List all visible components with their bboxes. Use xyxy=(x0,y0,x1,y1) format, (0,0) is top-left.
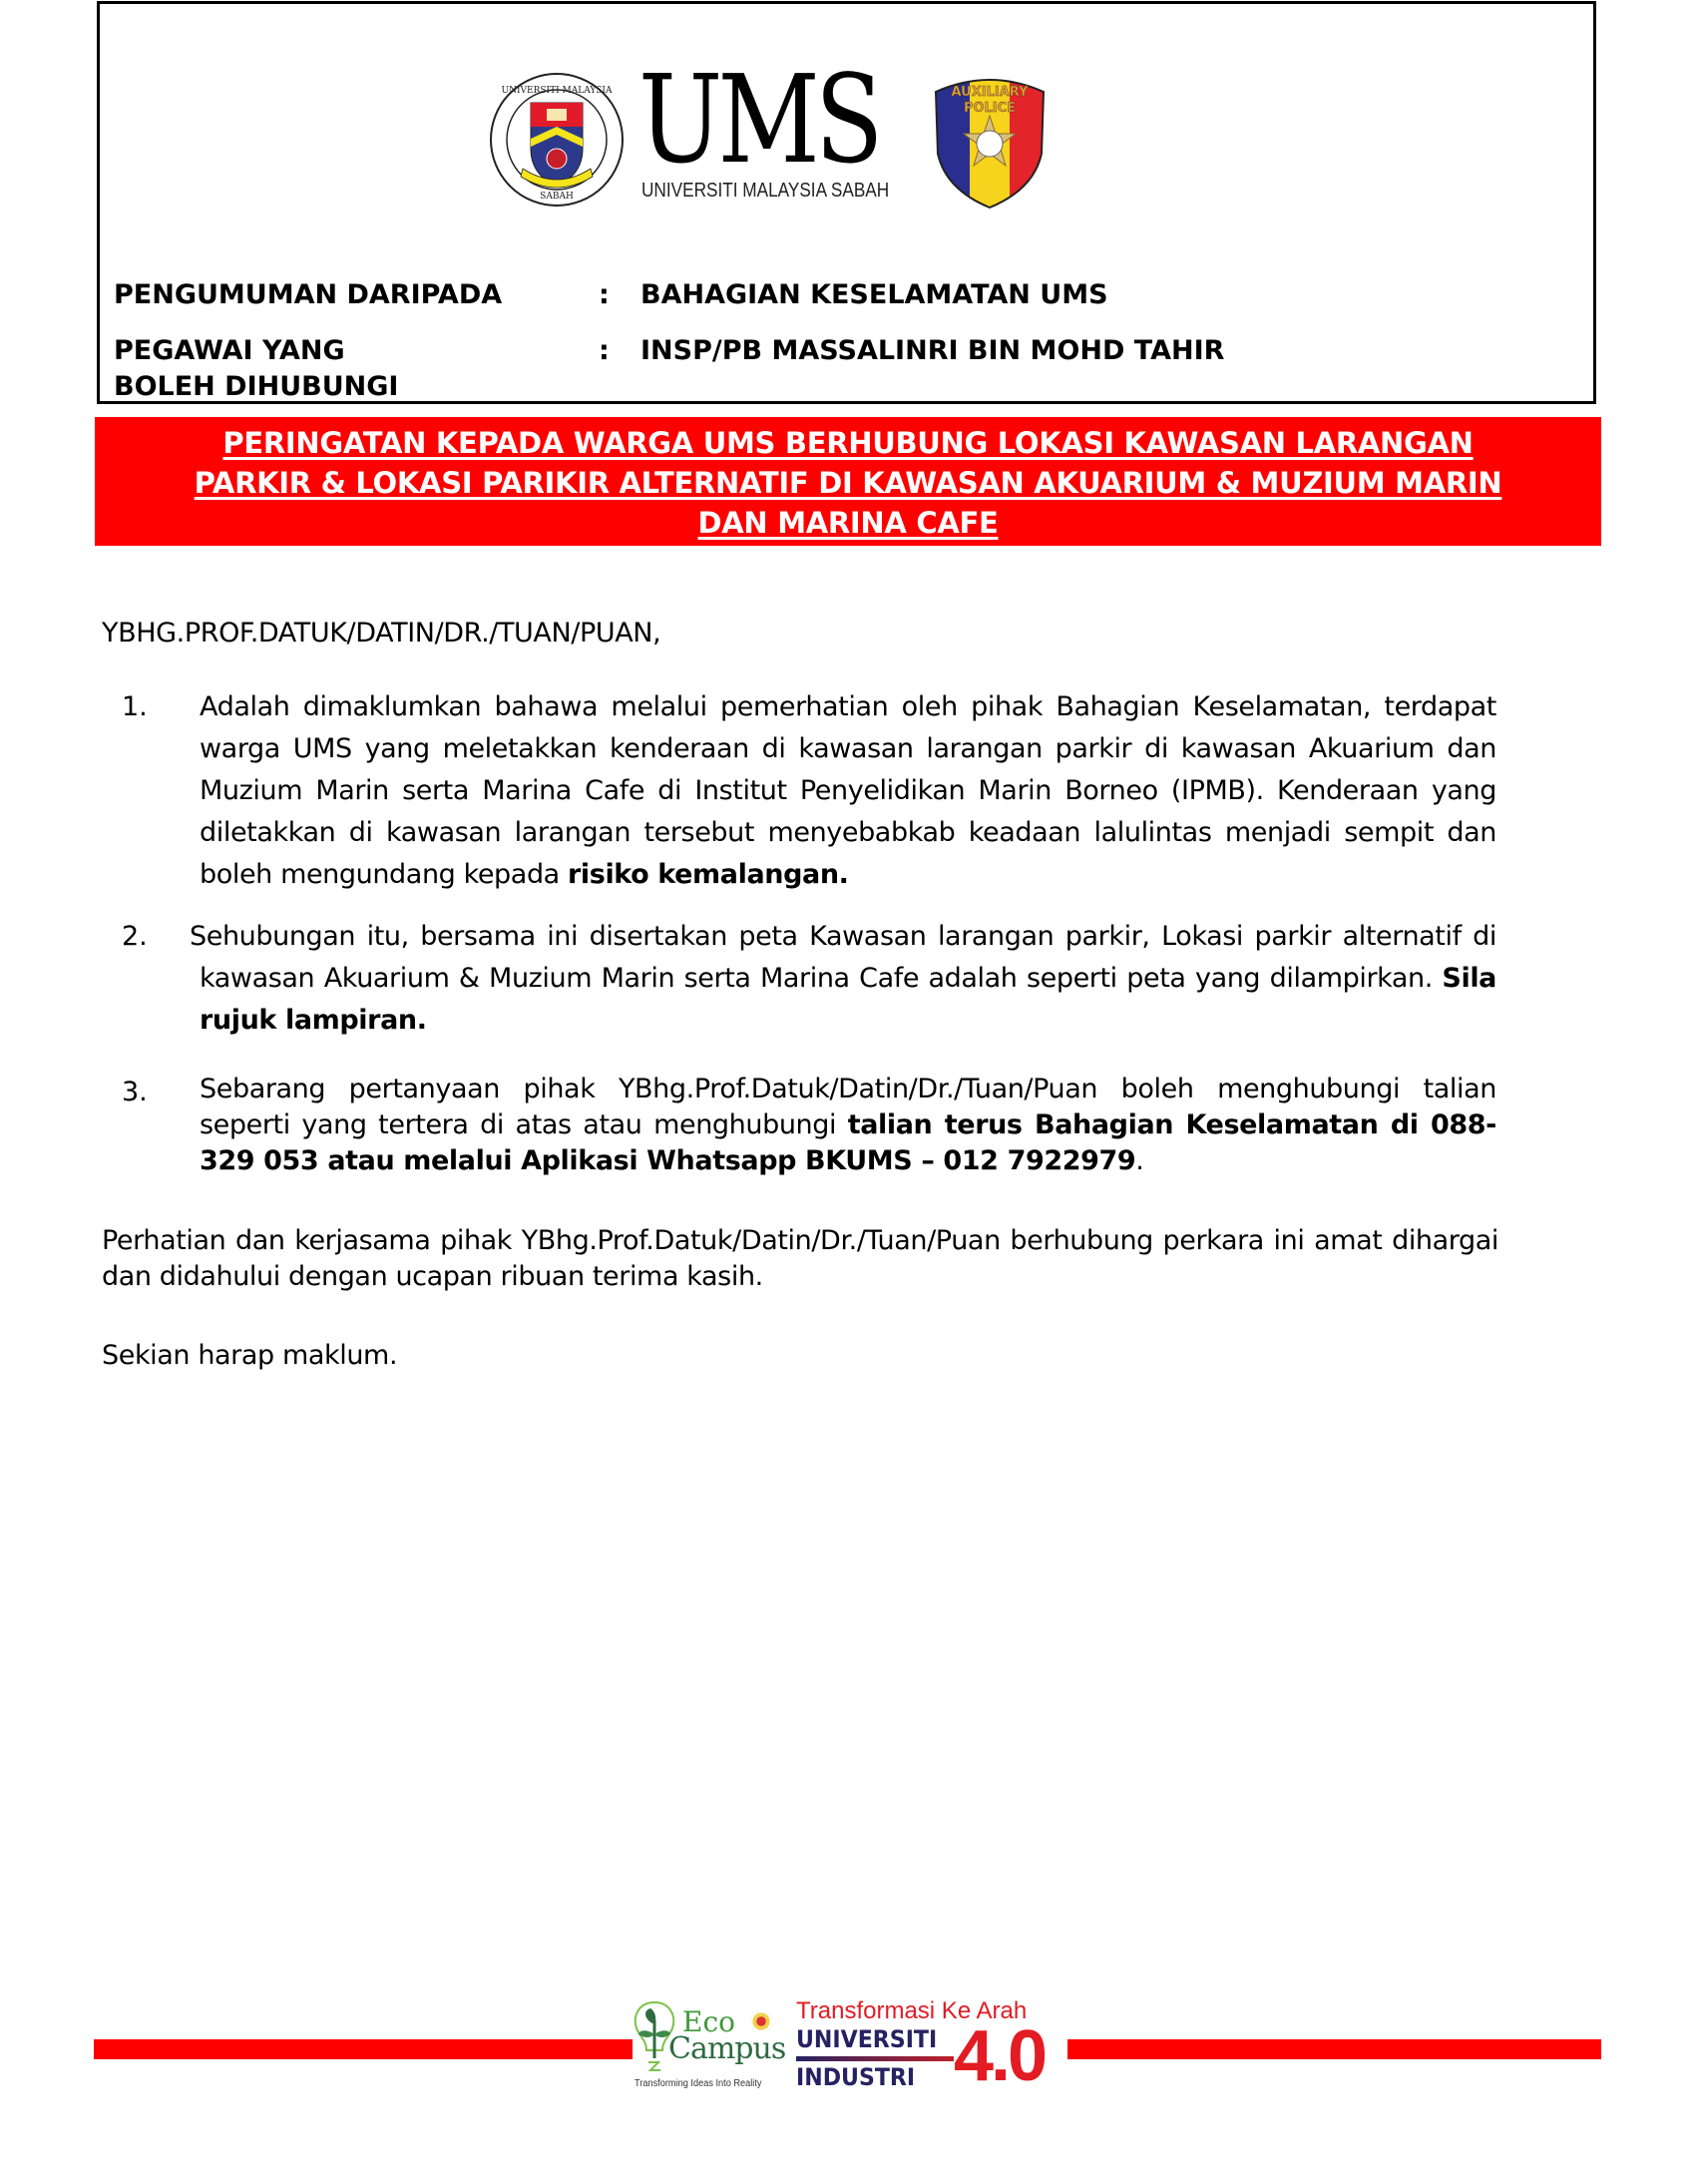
banner-title-line: PARKIR & LOKASI PARIKIR ALTERNATIF DI KA… xyxy=(95,463,1601,503)
footer-rule-right xyxy=(1067,2039,1601,2059)
salutation: YBHG.PROF.DATUK/DATIN/DR./TUAN/PUAN, xyxy=(102,613,1498,655)
campus-word: Campus xyxy=(668,2034,785,2064)
list-item-text: Sebarang pertanyaan pihak YBhg.Prof.Datu… xyxy=(200,1072,1496,1179)
ums-seal-icon xyxy=(750,2010,772,2032)
u40-line2: INDUSTRI xyxy=(796,2064,915,2090)
meta-label-contact: PEGAWAI YANG BOLEH DIHUBUNGI xyxy=(114,333,413,405)
badge-top-text: AUXILIARY xyxy=(952,85,1030,100)
banner-title: PERINGATAN KEPADA WARGA UMS BERHUBUNG LO… xyxy=(95,417,1601,543)
auxiliary-police-badge-icon: AUXILIARY POLICE xyxy=(930,74,1050,210)
banner-title-line: PERINGATAN KEPADA WARGA UMS BERHUBUNG LO… xyxy=(95,423,1601,463)
meta-colon: : xyxy=(599,277,610,313)
svg-text:UNIVERSITI MALAYSIA: UNIVERSITI MALAYSIA xyxy=(502,86,613,96)
u40-divider xyxy=(796,2056,954,2061)
badge-bottom-text: POLICE xyxy=(964,101,1016,116)
eco-campus-logo: Eco Campus Transforming Ideas Into Reali… xyxy=(631,1998,790,2100)
meta-value-contact: INSP/PB MASSALINRI BIN MOHD TAHIR xyxy=(640,333,1224,369)
ums-wordmark: UMS xyxy=(638,60,851,180)
signoff: Sekian harap maklum. xyxy=(102,1335,1498,1377)
warning-banner: PERINGATAN KEPADA WARGA UMS BERHUBUNG LO… xyxy=(95,417,1601,546)
ums-crest-icon: UNIVERSITI MALAYSIA SABAH xyxy=(489,71,625,209)
universiti-industri-logo: Transformasi Ke Arah UNIVERSITI INDUSTRI… xyxy=(796,1998,1067,2098)
list-item-text: Sehubungan itu, bersama ini disertakan p… xyxy=(200,916,1496,1042)
list-item-number: 2. xyxy=(122,916,148,958)
u40-number: 4.0 xyxy=(954,2020,1045,2092)
emphasis-text: risiko kemalangan. xyxy=(568,859,849,890)
closing-paragraph: Perhatian dan kerjasama pihak YBhg.Prof.… xyxy=(102,1223,1498,1295)
meta-value-from: BAHAGIAN KESELAMATAN UMS xyxy=(640,277,1108,313)
meta-colon: : xyxy=(599,333,610,369)
footer-rule-left xyxy=(94,2039,633,2059)
meta-label-from: PENGUMUMAN DARIPADA xyxy=(114,277,553,313)
svg-text:SABAH: SABAH xyxy=(540,192,574,202)
list-item-number: 1. xyxy=(122,686,148,728)
u40-line1: UNIVERSITI xyxy=(796,2026,937,2052)
ums-wordmark-subtitle: UNIVERSITI MALAYSIA SABAH xyxy=(641,180,889,203)
list-item-number: 3. xyxy=(122,1072,148,1113)
eco-tagline: Transforming Ideas Into Reality xyxy=(635,2078,762,2089)
banner-title-line: DAN MARINA CAFE xyxy=(95,503,1601,543)
list-item-text: Adalah dimaklumkan bahawa melalui pemerh… xyxy=(200,686,1496,896)
